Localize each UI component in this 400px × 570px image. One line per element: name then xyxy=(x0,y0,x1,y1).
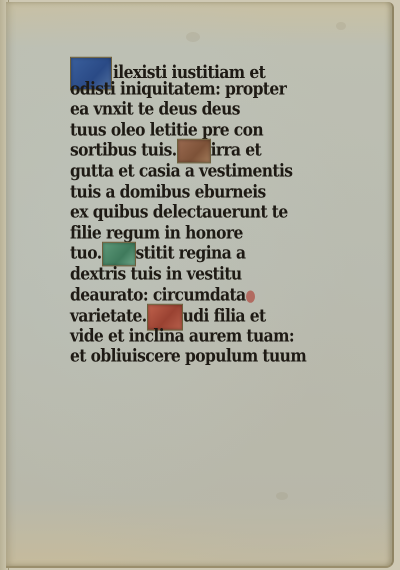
text-line-1: ilexisti iustitiam et xyxy=(70,57,310,80)
line-text: tuus oleo letitie pre con xyxy=(70,119,263,140)
line-text: gutta et casia a vestimentis xyxy=(70,160,292,181)
text-line-6: gutta et casia a vestimentis xyxy=(70,160,310,183)
line-text: odisti iniquitatem: pro xyxy=(70,77,253,98)
line-text: deaurato: circumdata xyxy=(70,283,246,304)
text-line-10: tuo.stitit regina a xyxy=(70,242,310,265)
line-text: dextris tuis in vestitu xyxy=(70,263,242,284)
line-text: stitit regina a xyxy=(136,242,246,263)
line-text: tuo. xyxy=(70,242,102,263)
text-line-11: dextris tuis in vestitu xyxy=(70,263,310,286)
text-line-8: ex quibus delectauerunt te xyxy=(70,201,310,224)
rubric-mark xyxy=(246,289,255,301)
line-text: et obliuiscere populum tuum xyxy=(70,345,306,366)
parchment-stain xyxy=(336,22,346,30)
text-line-13: varietate.udi filia et xyxy=(70,304,310,327)
text-line-15: et obliuiscere populum tuum xyxy=(70,345,310,368)
text-line-3: ea vnxit te deus deus xyxy=(70,98,310,121)
line-text: sortibus tuis. xyxy=(70,139,177,160)
line-text: tuis a domibus eburneis xyxy=(70,180,266,201)
parchment-stain xyxy=(276,492,288,500)
line-text: irra et xyxy=(211,139,261,160)
line-text: filie regum in honore xyxy=(70,222,243,243)
line-text: pter xyxy=(253,77,287,98)
line-text: vide et inclina aurem tuam: xyxy=(70,324,294,345)
text-line-5: sortibus tuis.irra et xyxy=(70,139,310,162)
line-text: varietate. xyxy=(70,305,147,326)
line-text: ea vnxit te deus deus xyxy=(70,98,240,119)
line-text: udi filia et xyxy=(183,305,266,326)
parchment-stain xyxy=(186,32,200,42)
line-text: ex quibus delectauerunt te xyxy=(70,201,288,222)
text-block: ilexisti iustitiam et odisti iniquitatem… xyxy=(70,58,310,367)
